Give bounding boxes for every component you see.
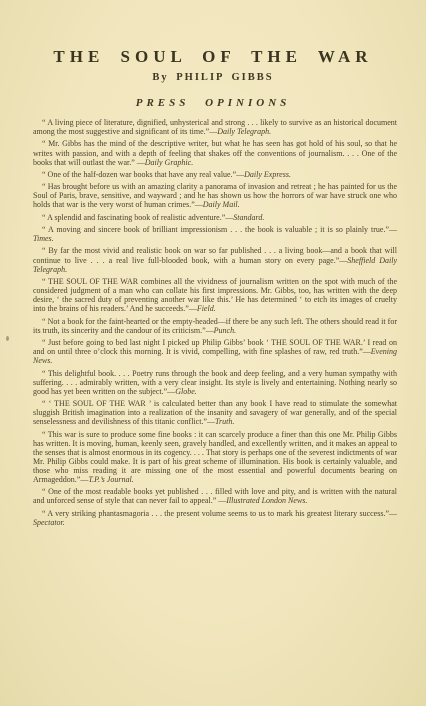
- press-opinion-standard: “ A splendid and fascinating book of rea…: [33, 213, 397, 222]
- review-quote: “ One of the half-dozen war books that h…: [42, 170, 244, 179]
- book-page: THE SOUL OF THE WAR By PHILIP GIBBS PRES…: [0, 0, 426, 706]
- press-opinion-daily-express: “ One of the half-dozen war books that h…: [33, 170, 397, 179]
- review-quote: “ Mr. Gibbs has the mind of the descript…: [33, 139, 397, 166]
- review-source: Standard.: [233, 213, 264, 222]
- review-source: Daily Telegraph.: [217, 127, 271, 136]
- press-opinion-tp-journal: “ This war is sure to produce some fine …: [33, 430, 397, 485]
- press-opinion-sheffield-daily-telegraph: “ By far the most vivid and realistic bo…: [33, 246, 397, 273]
- review-source: Spectator.: [33, 518, 65, 527]
- review-source: Globe.: [175, 387, 197, 396]
- review-quote: “ A very striking phantasmagoria . . . t…: [42, 509, 397, 518]
- press-opinion-times: “ A moving and sincere book of brilliant…: [33, 225, 397, 243]
- book-title: THE SOUL OF THE WAR: [10, 47, 416, 67]
- review-source: Times.: [33, 234, 54, 243]
- book-author-byline: By PHILIP GIBBS: [0, 72, 426, 83]
- review-quote: “ One of the most readable books yet pub…: [33, 487, 397, 505]
- paper-speck: [6, 336, 9, 341]
- press-opinion-daily-graphic: “ Mr. Gibbs has the mind of the descript…: [33, 139, 397, 166]
- review-source: Daily Mail.: [203, 200, 240, 209]
- review-source: Truth.: [215, 417, 234, 426]
- press-opinion-field: “ THE SOUL OF THE WAR combines all the v…: [33, 277, 397, 313]
- review-source: T.P.’s Journal.: [88, 475, 133, 484]
- review-source: Field.: [197, 304, 216, 313]
- review-quote: “ A living piece of literature, dignifie…: [33, 118, 397, 136]
- review-source: Illustrated London News.: [226, 496, 307, 505]
- press-opinion-truth: “ ‘ THE SOUL OF THE WAR ’ is calculated …: [33, 399, 397, 426]
- press-opinion-spectator: “ A very striking phantasmagoria . . . t…: [33, 509, 397, 527]
- review-quote: “ A splendid and fascinating book of rea…: [42, 213, 233, 222]
- press-opinion-globe: “ This delightful book. . . . Poetry run…: [33, 369, 397, 396]
- review-source: Daily Graphic.: [145, 158, 193, 167]
- press-opinion-daily-mail: “ Has brought before us with an amazing …: [33, 182, 397, 209]
- press-opinion-evening-news: “ Just before going to bed last night I …: [33, 338, 397, 365]
- press-opinion-punch: “ Not a book for the faint-hearted or th…: [33, 317, 397, 335]
- review-quote: “ A moving and sincere book of brilliant…: [42, 225, 397, 234]
- press-opinion-daily-telegraph: “ A living piece of literature, dignifie…: [33, 118, 397, 136]
- review-quote: “ By far the most vivid and realistic bo…: [33, 246, 397, 264]
- press-opinion-illustrated-london-news: “ One of the most readable books yet pub…: [33, 487, 397, 505]
- review-source: Daily Express.: [244, 170, 291, 179]
- review-quote: “ This delightful book. . . . Poetry run…: [33, 369, 397, 396]
- review-source: Punch.: [214, 326, 236, 335]
- press-opinions-heading: PRESS OPINIONS: [0, 97, 426, 109]
- press-opinions-list: “ A living piece of literature, dignifie…: [33, 118, 397, 527]
- review-quote: “ Just before going to bed last night I …: [33, 338, 397, 356]
